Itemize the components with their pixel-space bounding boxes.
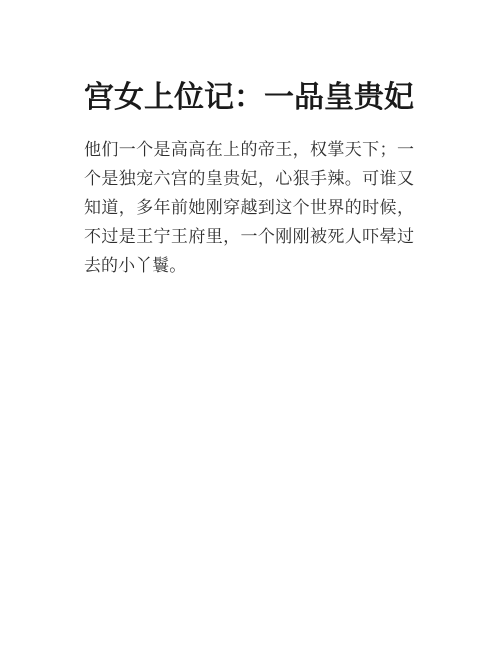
book-synopsis: 他们一个是高高在上的帝王，权掌天下；一个是独宠六宫的皇贵妃，心狠手辣。可谁又知道… (84, 135, 414, 280)
book-title: 宫女上位记：一品皇贵妃 (84, 77, 418, 119)
book-intro-page: 宫女上位记：一品皇贵妃 他们一个是高高在上的帝王，权掌天下；一个是独宠六宫的皇贵… (0, 0, 500, 653)
